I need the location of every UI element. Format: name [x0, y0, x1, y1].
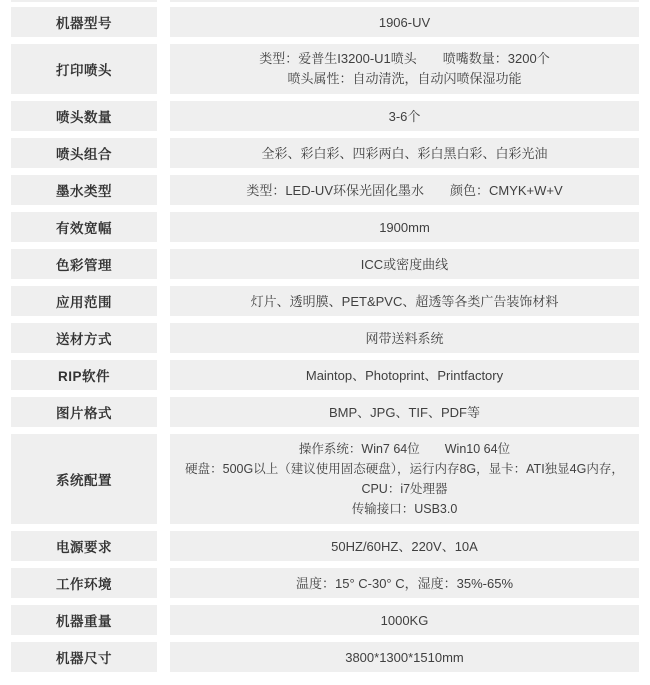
spec-row-head-combination: 喷头组合 全彩、彩白彩、四彩两白、彩白黑白彩、白彩光油	[11, 138, 639, 168]
spec-value-line: 灯片、透明膜、PET&PVC、超透等各类广告装饰材料	[170, 292, 639, 311]
spec-label-cell: 工作环境	[11, 568, 157, 598]
spec-value-line: 全彩、彩白彩、四彩两白、彩白黑白彩、白彩光油	[170, 144, 639, 163]
spec-row-feeding-method: 送材方式 网带送料系统	[11, 323, 639, 353]
spec-row-color-management: 色彩管理 ICC或密度曲线	[11, 249, 639, 279]
spec-row-machine-weight: 机器重量 1000KG	[11, 605, 639, 635]
spec-label-cell: 色彩管理	[11, 249, 157, 279]
spec-label: 喷头数量	[56, 106, 112, 126]
spec-value-cell: 网带送料系统	[170, 323, 639, 353]
spec-value-cell: 操作系统：Win7 64位 Win10 64位 硬盘：500G以上（建议使用固态…	[170, 434, 639, 524]
spec-label: 喷头组合	[56, 143, 112, 163]
spec-label: 机器尺寸	[56, 647, 112, 667]
spec-label-cell: 喷头组合	[11, 138, 157, 168]
spec-value-line: 硬盘：500G以上（建议使用固态硬盘），运行内存8G，显卡：ATI独显4G内存，	[170, 459, 639, 479]
spec-value-line: ICC或密度曲线	[170, 255, 639, 274]
spec-label-cell: RIP软件	[11, 360, 157, 390]
spec-value-line: 操作系统：Win7 64位 Win10 64位	[170, 439, 639, 459]
spec-value-line: 3800*1300*1510mm	[170, 648, 639, 667]
spec-value-cell: 类型：LED-UV环保光固化墨水 颜色：CMYK+W+V	[170, 175, 639, 205]
spec-label: 墨水类型	[56, 180, 112, 200]
spec-label-cell: 喷头数量	[11, 101, 157, 131]
spec-value-cell: 灯片、透明膜、PET&PVC、超透等各类广告装饰材料	[170, 286, 639, 316]
spec-value-line: 类型：LED-UV环保光固化墨水 颜色：CMYK+W+V	[170, 181, 639, 200]
spec-row-print-head: 打印喷头 类型：爱普生I3200-U1喷头 喷嘴数量：3200个 喷头属性：自动…	[11, 44, 639, 94]
spec-value-cell: BMP、JPG、TIF、PDF等	[170, 397, 639, 427]
spec-row-system-configuration: 系统配置 操作系统：Win7 64位 Win10 64位 硬盘：500G以上（建…	[11, 434, 639, 524]
spec-label: 有效宽幅	[56, 217, 112, 237]
spec-label: 图片格式	[56, 402, 112, 422]
spec-label: 电源要求	[56, 536, 112, 556]
spec-value-line: 类型：爱普生I3200-U1喷头 喷嘴数量：3200个	[170, 49, 639, 69]
spec-label: RIP软件	[58, 365, 110, 385]
spec-label: 送材方式	[56, 328, 112, 348]
spec-value-cell: 3-6个	[170, 101, 639, 131]
spec-label: 系统配置	[56, 469, 112, 489]
spec-value-cell: 1906-UV	[170, 7, 639, 37]
spec-label-cell: 机器重量	[11, 605, 157, 635]
spec-row-rip-software: RIP软件 Maintop、Photoprint、Printfactory	[11, 360, 639, 390]
spec-row-power-requirements: 电源要求 50HZ/60HZ、220V、10A	[11, 531, 639, 561]
spec-label-cell: 打印喷头	[11, 44, 157, 94]
spec-value-line: 1900mm	[170, 218, 639, 237]
cropped-row-edge-right	[170, 0, 639, 2]
spec-row-working-environment: 工作环境 温度：15° C-30° C，湿度：35%-65%	[11, 568, 639, 598]
spec-row-head-count: 喷头数量 3-6个	[11, 101, 639, 131]
spec-value-line: 温度：15° C-30° C，湿度：35%-65%	[170, 574, 639, 593]
spec-value-cell: ICC或密度曲线	[170, 249, 639, 279]
cropped-row-edge-left	[11, 0, 157, 2]
spec-row-machine-size: 机器尺寸 3800*1300*1510mm	[11, 642, 639, 672]
spec-value-line: Maintop、Photoprint、Printfactory	[170, 366, 639, 385]
spec-value-cell: 50HZ/60HZ、220V、10A	[170, 531, 639, 561]
spec-label: 机器型号	[56, 12, 112, 32]
spec-label-cell: 有效宽幅	[11, 212, 157, 242]
spec-value-line: 网带送料系统	[170, 329, 639, 348]
spec-row-machine-model: 机器型号 1906-UV	[11, 7, 639, 37]
spec-value-line: CPU：i7处理器	[170, 479, 639, 499]
spec-value-line: 喷头属性：自动清洗，自动闪喷保湿功能	[170, 69, 639, 89]
spec-label-cell: 系统配置	[11, 434, 157, 524]
spec-label-cell: 机器尺寸	[11, 642, 157, 672]
spec-value-line: 1000KG	[170, 611, 639, 630]
spec-row-application-range: 应用范围 灯片、透明膜、PET&PVC、超透等各类广告装饰材料	[11, 286, 639, 316]
spec-value-cell: 温度：15° C-30° C，湿度：35%-65%	[170, 568, 639, 598]
spec-value-line: 1906-UV	[170, 13, 639, 32]
spec-label: 打印喷头	[56, 59, 112, 79]
spec-label-cell: 送材方式	[11, 323, 157, 353]
spec-value-cell: 类型：爱普生I3200-U1喷头 喷嘴数量：3200个 喷头属性：自动清洗，自动…	[170, 44, 639, 94]
machine-spec-table: 机器型号 1906-UV 打印喷头 类型：爱普生I3200-U1喷头 喷嘴数量：…	[0, 0, 650, 672]
spec-row-image-format: 图片格式 BMP、JPG、TIF、PDF等	[11, 397, 639, 427]
spec-value-cell: Maintop、Photoprint、Printfactory	[170, 360, 639, 390]
spec-value-cell: 1000KG	[170, 605, 639, 635]
spec-value-line: 50HZ/60HZ、220V、10A	[170, 537, 639, 556]
spec-label-cell: 应用范围	[11, 286, 157, 316]
spec-row-effective-width: 有效宽幅 1900mm	[11, 212, 639, 242]
spec-value-line: BMP、JPG、TIF、PDF等	[170, 403, 639, 422]
spec-label-cell: 墨水类型	[11, 175, 157, 205]
spec-label: 工作环境	[56, 573, 112, 593]
spec-value-cell: 全彩、彩白彩、四彩两白、彩白黑白彩、白彩光油	[170, 138, 639, 168]
spec-value-line: 3-6个	[170, 107, 639, 126]
spec-label: 机器重量	[56, 610, 112, 630]
spec-value-line: 传输接口：USB3.0	[170, 499, 639, 519]
spec-value-cell: 1900mm	[170, 212, 639, 242]
spec-value-cell: 3800*1300*1510mm	[170, 642, 639, 672]
spec-label-cell: 图片格式	[11, 397, 157, 427]
spec-row-ink-type: 墨水类型 类型：LED-UV环保光固化墨水 颜色：CMYK+W+V	[11, 175, 639, 205]
spec-label-cell: 机器型号	[11, 7, 157, 37]
spec-label: 应用范围	[56, 291, 112, 311]
spec-label: 色彩管理	[56, 254, 112, 274]
spec-label-cell: 电源要求	[11, 531, 157, 561]
